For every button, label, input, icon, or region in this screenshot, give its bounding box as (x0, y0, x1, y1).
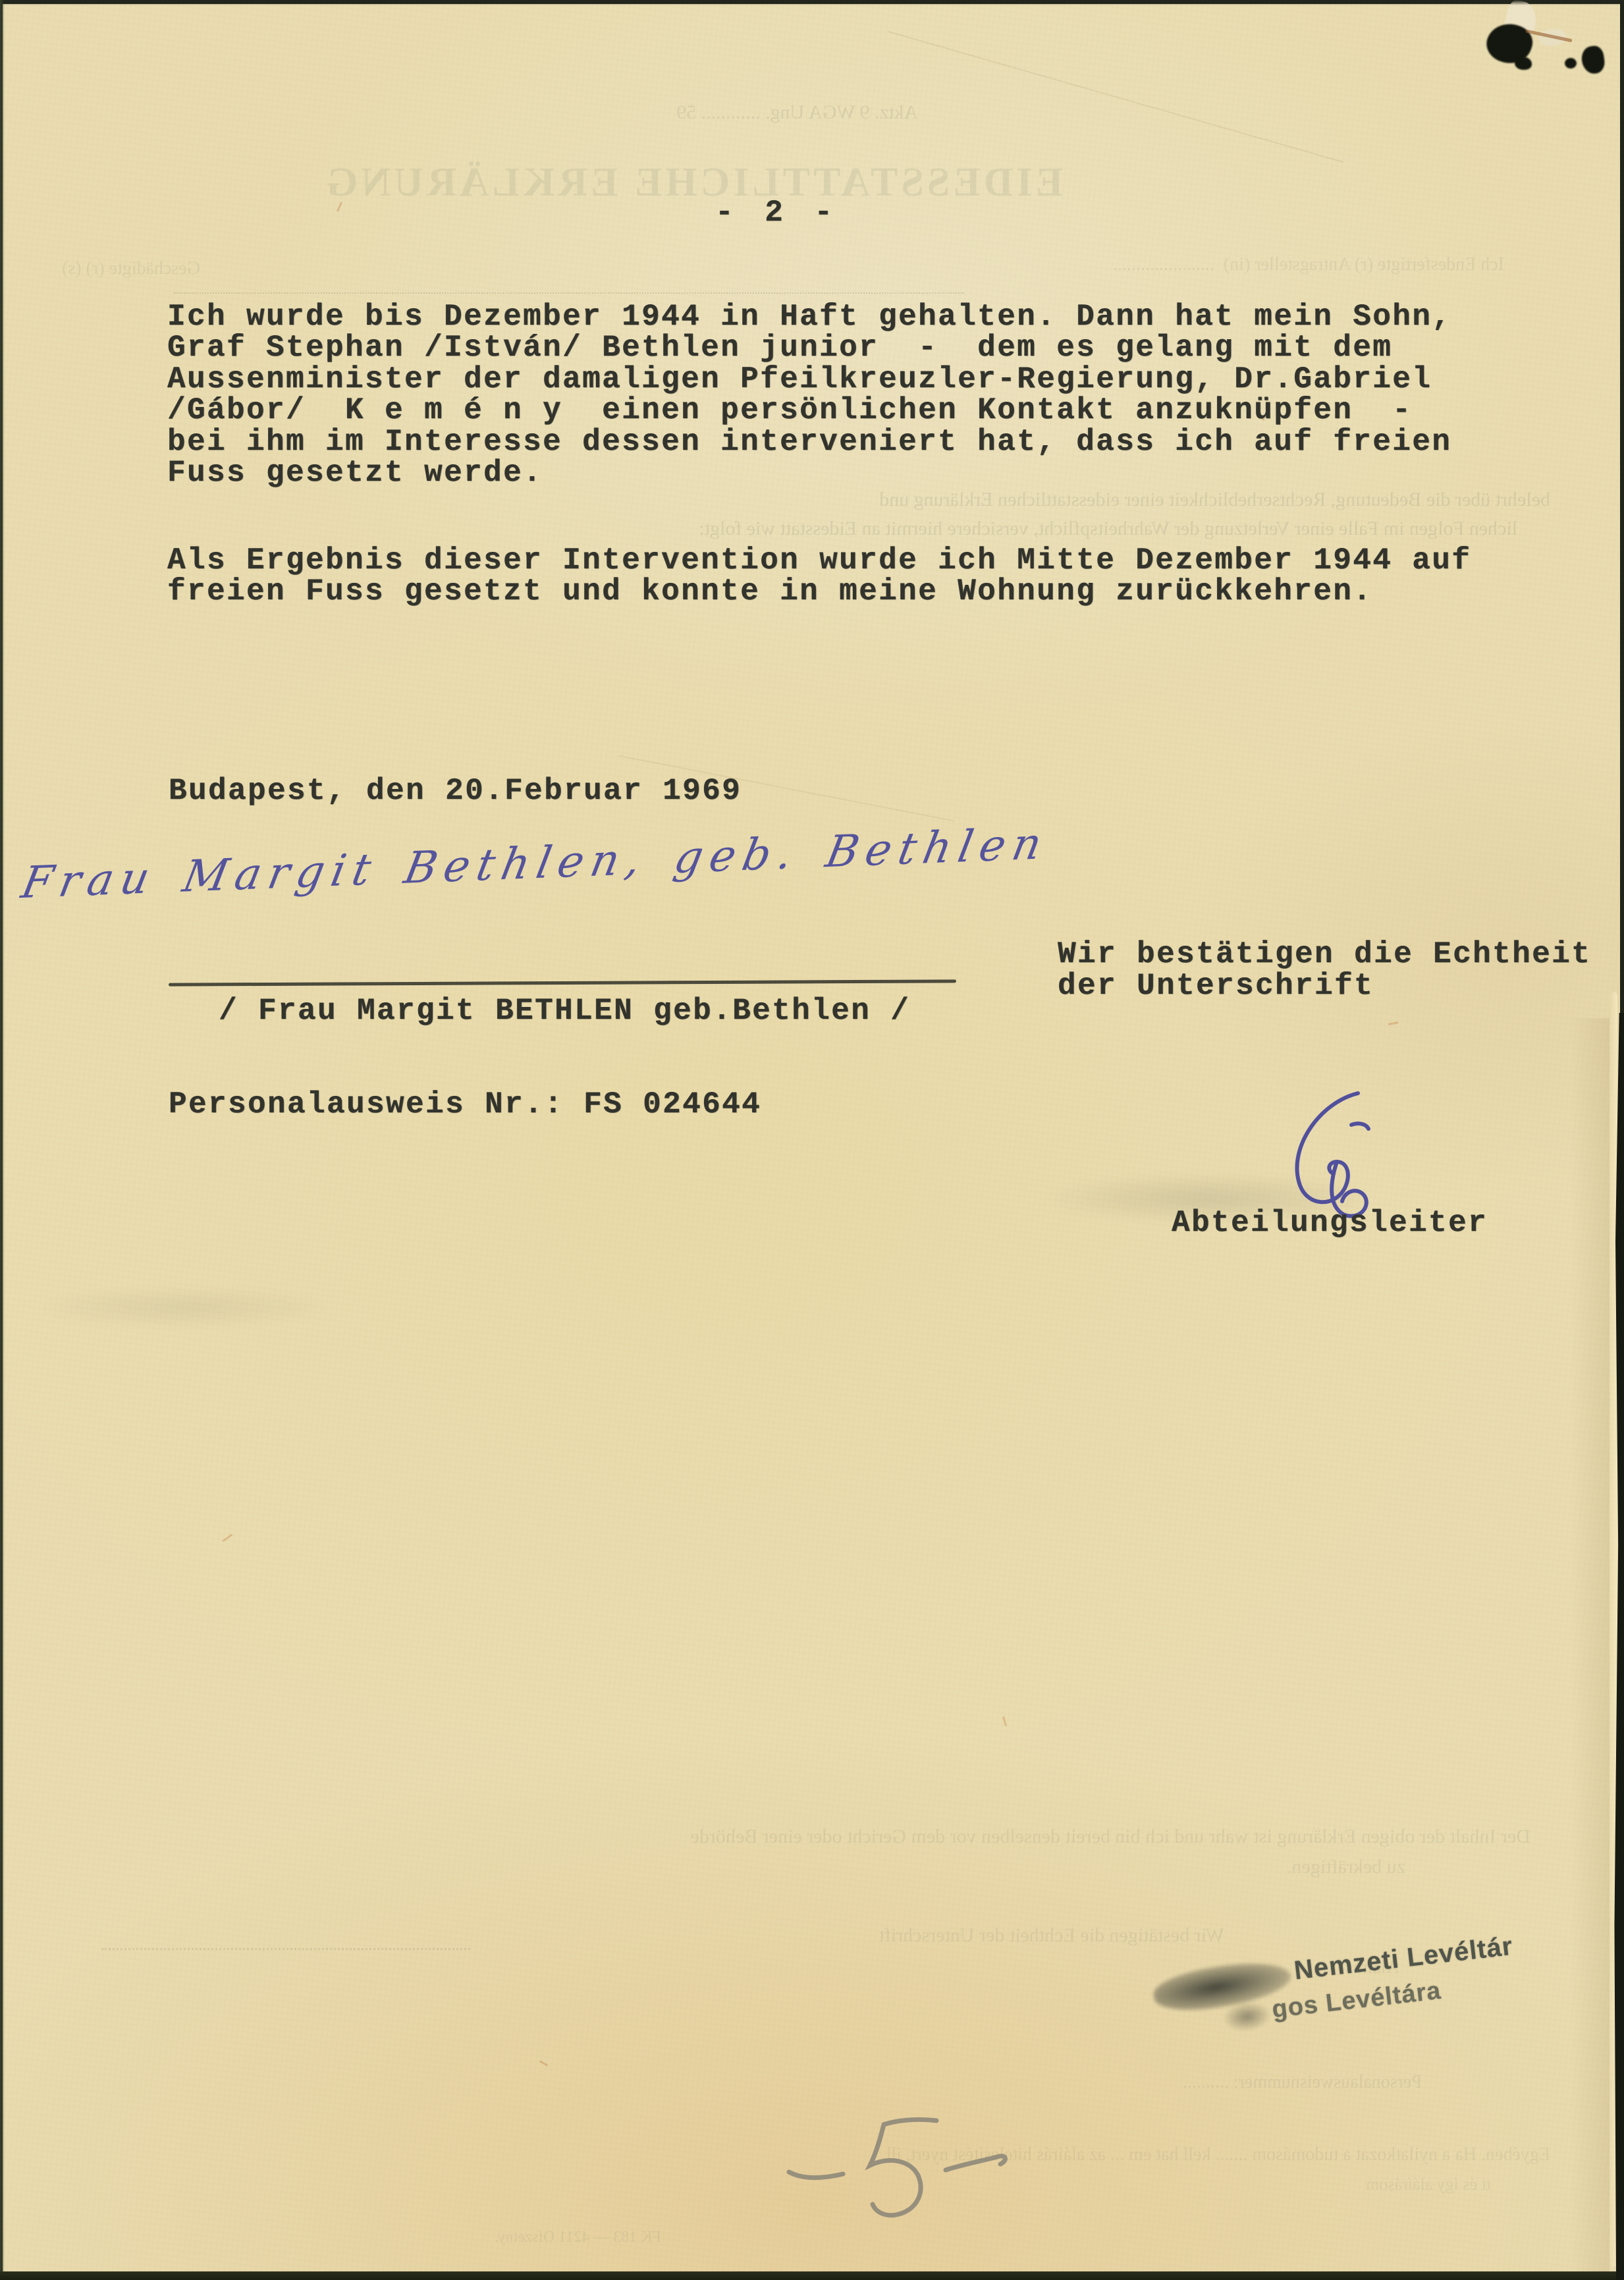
paper-fiber (539, 2060, 549, 2067)
typed-name-line: / Frau Margit BETHLEN geb.Bethlen / (219, 996, 910, 1027)
ink-blot (1515, 57, 1532, 70)
torn-paper-bit (1537, 26, 1567, 49)
paper-sheet: Aktz. 9 WGA Ung. ............ 59 EIDESST… (3, 4, 1620, 2272)
body-paragraph-1-line-3: Aussenminister der damaligen Pfeilkreuzl… (167, 364, 1432, 396)
paper-fiber (222, 1534, 232, 1542)
signature-underline (169, 979, 956, 986)
gray-smear (42, 1288, 325, 1326)
id-card-number-line: Personalausweis Nr.: FS 024644 (169, 1089, 761, 1121)
body-paragraph-2-line-2: freien Fuss gesetzt und konnte in meine … (167, 576, 1372, 608)
page-curl-shadow (1570, 1018, 1610, 2272)
scan-edge-bottom (0, 2271, 1624, 2280)
body-paragraph-1-line-6: Fuss gesetzt werde. (167, 458, 543, 489)
body-paragraph-1-line-2: Graf Stephan /István/ Bethlen junior - d… (167, 333, 1392, 364)
handwritten-signature: Frau Margit Bethlen, geb. Bethlen (18, 818, 1054, 909)
certifier-initial-signature (1274, 1085, 1399, 1224)
paper-fiber (1388, 1021, 1398, 1025)
page-number: - 2 - (715, 198, 839, 229)
paper-fiber (337, 202, 342, 212)
attestation-role: Abteilungsleiter (1172, 1208, 1488, 1239)
bleedthrough-belehrt-line2: lichen Folgen im Falle einer Verletzung … (95, 518, 1517, 540)
dateline: Budapest, den 20.Februar 1969 (169, 776, 742, 807)
pencil-page-mark (780, 2106, 1023, 2221)
bleedthrough-inhalt-line2: zu bekräftigen. (1287, 1856, 1405, 1878)
bleedthrough-signature-dotted-line (101, 1948, 470, 1950)
bleedthrough-inhalt-line1: Der Inhalt der obigen Erklärung ist wahr… (174, 1826, 1530, 1848)
ink-blot (1565, 58, 1577, 68)
bleedthrough-dotted-line (174, 292, 964, 294)
crease-line (888, 31, 1344, 163)
scanned-document-page: { "doc": { "page_number": "- 2 -", "para… (0, 0, 1624, 2280)
attestation-line-2: der Unterschrift (1058, 971, 1374, 1002)
bleedthrough-belehrt-line1: belehrt über die Bedeutung, Rechtserhebl… (312, 489, 1550, 511)
ink-blot (1580, 45, 1606, 75)
archive-stamp: Nemzeti Levéltár gos Levéltára (1155, 1926, 1571, 2063)
stamp-text-line-1: Nemzeti Levéltár (1293, 1932, 1515, 1986)
bleedthrough-hungarian-line2: tt és így aláírásom (1214, 2175, 1491, 2194)
page-curl-highlight (1610, 992, 1617, 2267)
bleedthrough-form-right: Ich Endesfertigte (r) Antragsteller (in)… (688, 254, 1504, 275)
body-paragraph-1-line-4: /Gábor/ K e m é n y einen persönlichen K… (167, 395, 1412, 427)
body-paragraph-1-line-1: Ich wurde bis Dezember 1944 in Haft geha… (167, 302, 1451, 333)
attestation-line-1: Wir bestätigen die Echtheit (1058, 939, 1591, 971)
bleedthrough-personalausweisnummer: Personalausweisnummer: .......... (1158, 2072, 1422, 2093)
bleedthrough-title: EIDESSTATTLICHE ERKLÄRUNG (312, 159, 1063, 206)
bleedthrough-form-left: Geschädigte (r) (s) (62, 258, 200, 279)
bleedthrough-aktz-line: Aktz. 9 WGA Ung. ............ 59 (180, 101, 918, 124)
paper-fiber (1002, 1716, 1007, 1726)
body-paragraph-2-line-1: Als Ergebnis dieser Intervention wurde i… (167, 545, 1471, 577)
bleedthrough-print-code: FK 183 — 4211 Ofszetny. (424, 2229, 661, 2246)
body-paragraph-1-line-5: bei ihm im Interesse dessen interveniert… (167, 427, 1451, 458)
bleedthrough-wir-line: Wir bestätigen die Echtheit der Untersch… (724, 1924, 1224, 1947)
